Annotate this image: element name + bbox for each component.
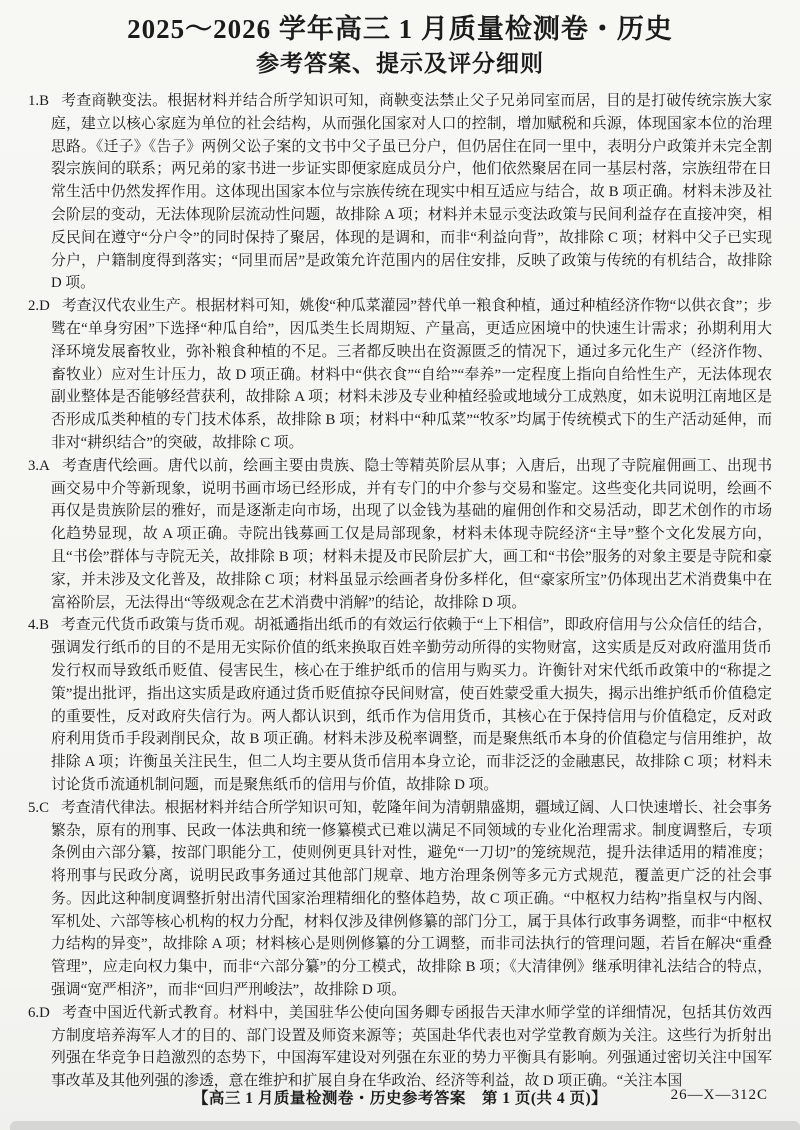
answer-item-4-text: 考查元代货币政策与货币观。胡祗遹指出纸币的有效运行依赖于“上下相信”，即政府信用… [51,617,772,793]
answer-item-3-text: 考查唐代绘画。唐代以前，绘画主要由贵族、隐士等精英阶层从事；入唐后，出现了寺院雇… [51,458,772,611]
answer-item-1-label: 1.B [28,93,49,109]
answer-item-2: 2.D考查汉代农业生产。根据材料可知，姚俊“种瓜菜灌园”替代单一粮食种植，通过种… [28,295,772,455]
answer-explanations: 1.B考查商鞅变法。根据材料并结合所学知识可知，商鞅变法禁止父子兄弟同室而居，目… [28,90,772,1093]
answer-item-3: 3.A考查唐代绘画。唐代以前，绘画主要由贵族、隐士等精英阶层从事；入唐后，出现了… [28,455,772,615]
answer-item-5-text: 考查清代律法。根据材料并结合所学知识可知，乾隆年间为清朝鼎盛期，疆域辽阔、人口快… [51,800,772,998]
answer-item-5-label: 5.C [28,800,49,816]
page-title: 2025～2026 学年高三 1 月质量检测卷・历史 [0,12,800,46]
scanned-page: 2025～2026 学年高三 1 月质量检测卷・历史 参考答案、提示及评分细则 … [0,0,800,1130]
page-header: 2025～2026 学年高三 1 月质量检测卷・历史 参考答案、提示及评分细则 [0,0,800,80]
answer-item-6: 6.D考查中国近代新式教育。材料中，美国驻华公使向国务卿专函报告天津水师学堂的详… [28,1002,772,1093]
paper-code: 26—X—312C [671,1087,768,1104]
answer-item-4-label: 4.B [28,617,49,633]
answer-item-3-label: 3.A [28,458,50,474]
answer-item-6-text: 考查中国近代新式教育。材料中，美国驻华公使向国务卿专函报告天津水师学堂的详细情况… [51,1005,772,1089]
page-subtitle: 参考答案、提示及评分细则 [0,48,800,80]
answer-item-6-label: 6.D [28,1005,50,1021]
answer-item-2-label: 2.D [28,298,50,314]
answer-item-1-text: 考查商鞅变法。根据材料并结合所学知识可知，商鞅变法禁止父子兄弟同室而居，目的是打… [51,93,772,291]
answer-item-5: 5.C考查清代律法。根据材料并结合所学知识可知，乾隆年间为清朝鼎盛期，疆域辽阔、… [28,797,772,1002]
page-footer: 【高三 1 月质量检测卷・历史参考答案 第 1 页(共 4 页)】 26—X—3… [0,1086,800,1110]
answer-item-1: 1.B考查商鞅变法。根据材料并结合所学知识可知，商鞅变法禁止父子兄弟同室而居，目… [28,90,772,295]
scan-edge-shadow [10,1121,800,1130]
answer-item-2-text: 考查汉代农业生产。根据材料可知，姚俊“种瓜菜灌园”替代单一粮食种植，通过种植经济… [51,298,772,451]
answer-item-4: 4.B考查元代货币政策与货币观。胡祗遹指出纸币的有效运行依赖于“上下相信”，即政… [28,614,772,796]
